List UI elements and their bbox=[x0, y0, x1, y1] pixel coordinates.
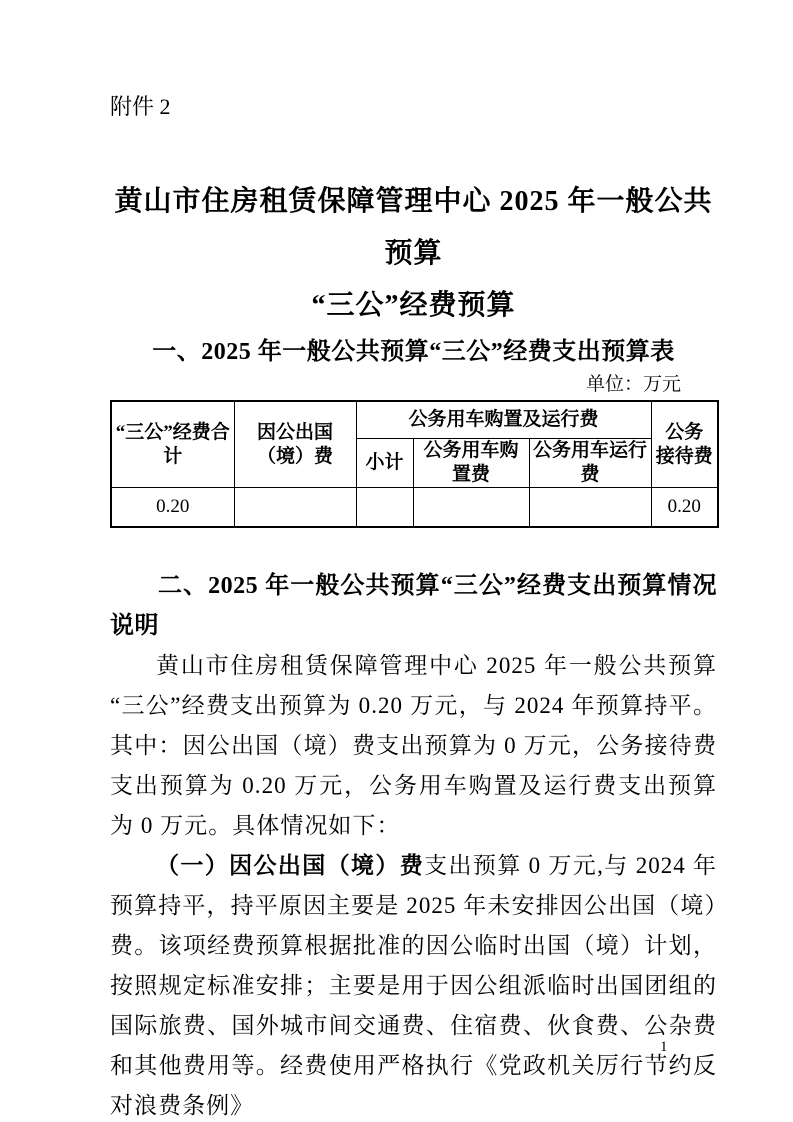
col-header-vehicle-group: 公务用车购置及运行费 bbox=[356, 401, 651, 439]
cell-abroad bbox=[234, 488, 356, 528]
document-title-line1: 黄山市住房租赁保障管理中心 2025 年一般公共预算 bbox=[110, 176, 717, 280]
col-header-vehicle-subtotal: 小计 bbox=[356, 439, 413, 488]
cell-total: 0.20 bbox=[111, 488, 234, 528]
paragraph-abroad: （一）因公出国（境）费支出预算 0 万元,与 2024 年预算持平，持平原因主要… bbox=[110, 846, 717, 1122]
col-header-abroad: 因公出国（境）费 bbox=[234, 401, 356, 488]
page-number: 1 bbox=[660, 1038, 668, 1056]
col-header-vehicle-operation: 公务用车运行费 bbox=[529, 439, 651, 488]
col-header-vehicle-purchase: 公务用车购置费 bbox=[413, 439, 529, 488]
budget-table: “三公”经费合计 因公出国（境）费 公务用车购置及运行费 公务 接待费 小计 公… bbox=[110, 400, 719, 528]
paragraph-abroad-body: 支出预算 0 万元,与 2024 年预算持平，持平原因主要是 2025 年未安排… bbox=[110, 853, 717, 1118]
cell-reception: 0.20 bbox=[651, 488, 718, 528]
cell-vehicle-operation bbox=[529, 488, 651, 528]
section2-heading: 二、2025 年一般公共预算“三公”经费支出预算情况说明 bbox=[110, 566, 717, 646]
document-content: 附件 2 黄山市住房租赁保障管理中心 2025 年一般公共预算 “三公”经费预算… bbox=[110, 0, 717, 1122]
section1-heading: 一、2025 年一般公共预算“三公”经费支出预算表 bbox=[110, 334, 717, 370]
attachment-label: 附件 2 bbox=[110, 0, 717, 122]
cell-vehicle-purchase bbox=[413, 488, 529, 528]
col-header-total: “三公”经费合计 bbox=[111, 401, 234, 488]
col-header-reception: 公务 接待费 bbox=[651, 401, 718, 488]
table-header-row-1: “三公”经费合计 因公出国（境）费 公务用车购置及运行费 公务 接待费 bbox=[111, 401, 718, 439]
paragraph-abroad-lead: （一）因公出国（境）费 bbox=[156, 853, 424, 878]
cell-vehicle-subtotal bbox=[356, 488, 413, 528]
unit-note: 单位：万元 bbox=[110, 372, 717, 398]
document-page: 附件 2 黄山市住房租赁保障管理中心 2025 年一般公共预算 “三公”经费预算… bbox=[0, 0, 793, 1122]
paragraph-overview: 黄山市住房租赁保障管理中心 2025 年一般公共预算“三公”经费支出预算为 0.… bbox=[110, 646, 717, 846]
document-title-line2: “三公”经费预算 bbox=[110, 280, 717, 332]
table-data-row: 0.20 0.20 bbox=[111, 488, 718, 528]
document-title: 黄山市住房租赁保障管理中心 2025 年一般公共预算 “三公”经费预算 bbox=[110, 176, 717, 332]
